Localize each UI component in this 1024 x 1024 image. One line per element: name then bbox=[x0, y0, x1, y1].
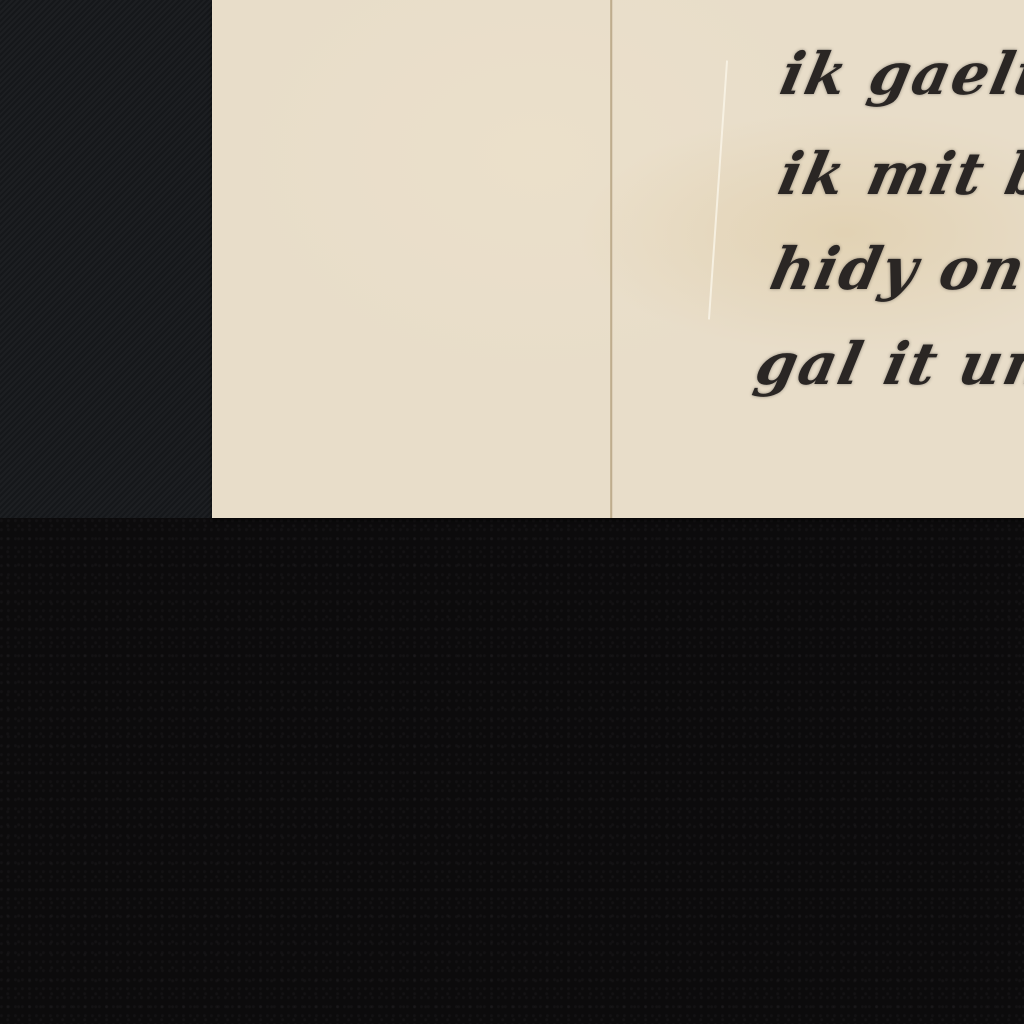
handwriting-line-4: gal it un bbox=[750, 330, 1024, 398]
handwriting-line-3: hidy on bbox=[765, 235, 1024, 303]
paper-fold-line bbox=[610, 0, 613, 518]
black-velvet-backing bbox=[0, 518, 1024, 1024]
letter-photo: ik gaelts ik mit b hidy on gal it un bbox=[0, 0, 1024, 1024]
dark-twill-mount bbox=[0, 0, 212, 520]
handwriting-line-1: ik gaelts bbox=[775, 40, 1024, 108]
handwriting-line-2: ik mit b bbox=[773, 140, 1024, 208]
paper-crease bbox=[708, 60, 728, 320]
letter-paper: ik gaelts ik mit b hidy on gal it un bbox=[212, 0, 1024, 518]
